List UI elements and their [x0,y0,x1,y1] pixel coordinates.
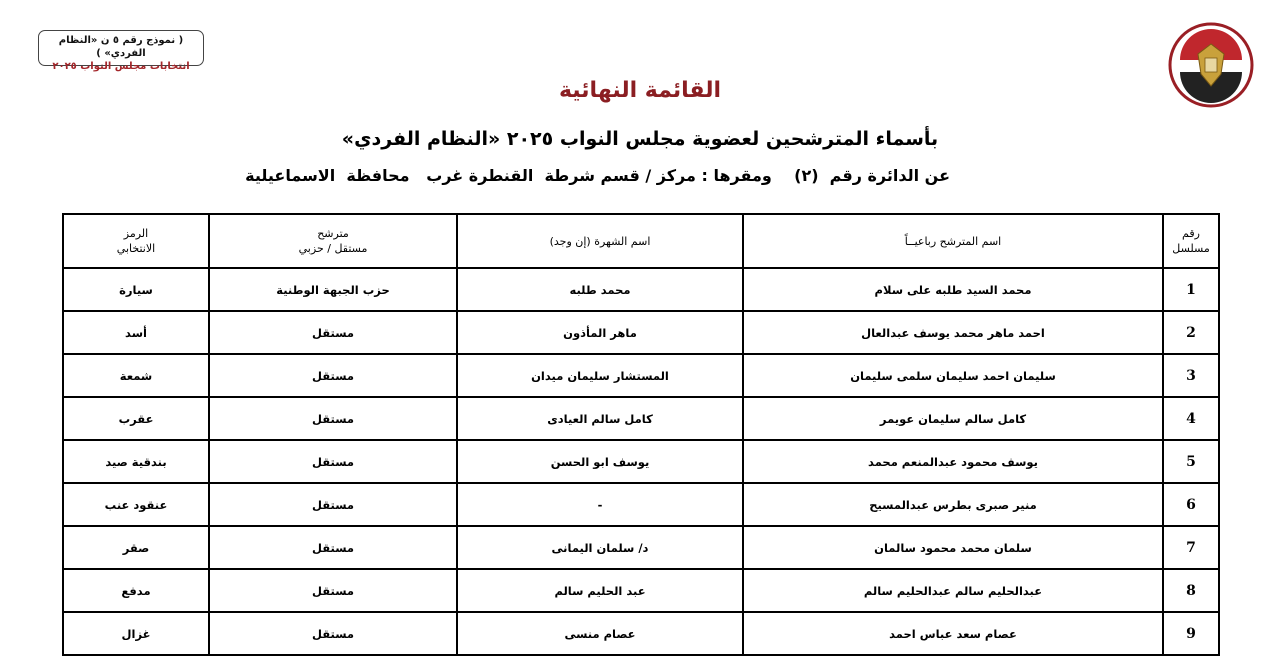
electoral-symbol: عنقود عنب [63,483,209,526]
candidate-name: كامل سالم سليمان عويمر [743,397,1163,440]
table-row: 9 عصام سعد عباس احمد عصام منسى مستقل غزا… [63,612,1219,655]
serial-number: 2 [1163,311,1219,354]
table-row: 8 عبدالحليم سالم عبدالحليم سالم عبد الحل… [63,569,1219,612]
candidate-alias: محمد طلبه [457,268,743,311]
serial-number: 1 [1163,268,1219,311]
candidate-name: سلمان محمد محمود سالمان [743,526,1163,569]
page-title: القائمة النهائية [0,78,1280,103]
candidates-table: رقم مسلسل اسم المترشح رباعيــاً اسم الشه… [62,213,1220,656]
serial-number: 5 [1163,440,1219,483]
candidate-type: مستقل [209,569,457,612]
header-symbol-line2: الانتخابي [65,241,207,256]
candidate-alias: كامل سالم العيادى [457,397,743,440]
candidate-alias: عبد الحليم سالم [457,569,743,612]
table-row: 1 محمد السيد طلبه على سلام محمد طلبه حزب… [63,268,1219,311]
candidate-name: عصام سعد عباس احمد [743,612,1163,655]
header-serial-line2: مسلسل [1165,241,1217,256]
serial-number: 8 [1163,569,1219,612]
serial-number: 3 [1163,354,1219,397]
header-electoral-symbol: الرمز الانتخابي [63,214,209,268]
election-name-label: انتخابات مجلس النواب ٢٠٢٥ [39,60,203,73]
table-row: 6 منير صبرى بطرس عبدالمسيح - مستقل عنقود… [63,483,1219,526]
table-row: 7 سلمان محمد محمود سالمان د/ سلمان اليما… [63,526,1219,569]
candidate-name: منير صبرى بطرس عبدالمسيح [743,483,1163,526]
header-candidate-type: مترشح مستقل / حزبي [209,214,457,268]
table-row: 3 سليمان احمد سليمان سلمى سليمان المستشا… [63,354,1219,397]
serial-number: 7 [1163,526,1219,569]
candidate-alias: ماهر المأذون [457,311,743,354]
electoral-symbol: غزال [63,612,209,655]
header-symbol-line1: الرمز [65,226,207,241]
candidate-alias: يوسف ابو الحسن [457,440,743,483]
candidate-type: حزب الجبهة الوطنية [209,268,457,311]
candidate-type: مستقل [209,311,457,354]
candidate-type: مستقل [209,483,457,526]
district-info: عن الدائرة رقم (٢) ومقرها : مركز / قسم ش… [330,166,950,185]
candidate-alias: المستشار سليمان ميدان [457,354,743,397]
header-alias: اسم الشهرة (إن وجد) [457,214,743,268]
header-candidate-name: اسم المترشح رباعيــاً [743,214,1163,268]
candidate-type: مستقل [209,354,457,397]
candidate-name: احمد ماهر محمد يوسف عبدالعال [743,311,1163,354]
header-serial-line1: رقم [1165,226,1217,241]
candidate-type: مستقل [209,397,457,440]
electoral-symbol: شمعة [63,354,209,397]
serial-number: 4 [1163,397,1219,440]
candidate-type: مستقل [209,612,457,655]
form-number-box: ( نموذج رقم ٥ ن «النظام الفردي» ) انتخاب… [38,30,204,66]
electoral-symbol: صقر [63,526,209,569]
serial-number: 6 [1163,483,1219,526]
electoral-symbol: أسد [63,311,209,354]
table-row: 2 احمد ماهر محمد يوسف عبدالعال ماهر المأ… [63,311,1219,354]
electoral-symbol: مدفع [63,569,209,612]
candidate-name: محمد السيد طلبه على سلام [743,268,1163,311]
electoral-symbol: سيارة [63,268,209,311]
candidate-name: سليمان احمد سليمان سلمى سليمان [743,354,1163,397]
page-subtitle: بأسماء المترشحين لعضوية مجلس النواب ٢٠٢٥… [0,128,1280,150]
candidate-alias: د/ سلمان اليمانى [457,526,743,569]
header-type-line2: مستقل / حزبي [211,241,455,256]
candidate-alias: - [457,483,743,526]
candidate-type: مستقل [209,440,457,483]
candidate-type: مستقل [209,526,457,569]
header-serial-number: رقم مسلسل [1163,214,1219,268]
electoral-symbol: بندقية صيد [63,440,209,483]
electoral-symbol: عقرب [63,397,209,440]
table-row: 5 يوسف محمود عبدالمنعم محمد يوسف ابو الح… [63,440,1219,483]
table-header-row: رقم مسلسل اسم المترشح رباعيــاً اسم الشه… [63,214,1219,268]
form-number-label: ( نموذج رقم ٥ ن «النظام الفردي» ) [39,34,203,60]
candidate-alias: عصام منسى [457,612,743,655]
candidate-name: عبدالحليم سالم عبدالحليم سالم [743,569,1163,612]
serial-number: 9 [1163,612,1219,655]
header-type-line1: مترشح [211,226,455,241]
table-row: 4 كامل سالم سليمان عويمر كامل سالم العيا… [63,397,1219,440]
candidate-name: يوسف محمود عبدالمنعم محمد [743,440,1163,483]
